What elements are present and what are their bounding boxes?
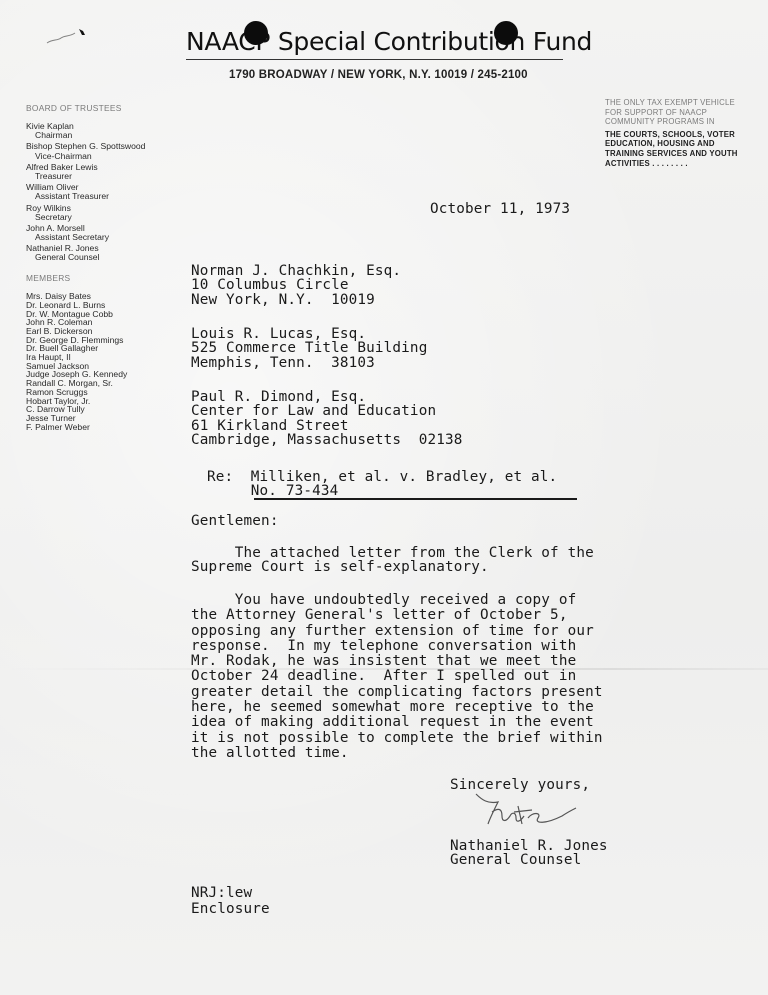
trustee-role: Treasurer [26,172,145,181]
trustee-role: Chairman [26,131,145,140]
punch-hole [244,21,268,45]
tax-exempt-tagline: THE ONLY TAX EXEMPT VEHICLEFOR SUPPORT O… [605,98,738,168]
recipient-address: Louis R. Lucas, Esq. 525 Commerce Title … [191,327,427,370]
trustee-role: Assistant Treasurer [26,192,145,201]
trustee-entry: Alfred Baker LewisTreasurer [26,163,145,181]
letterhead-address: 1790 BROADWAY / NEW YORK, N.Y. 10019 / 2… [229,69,528,81]
trustee-role: General Counsel [26,253,145,262]
ink-smudge [45,25,93,47]
tagline-programs: THE COURTS, SCHOOLS, VOTEREDUCATION, HOU… [605,130,738,168]
board-of-trustees: BOARD OF TRUSTEES Kivie KaplanChairmanBi… [26,104,145,265]
members-heading: MEMBERS [26,274,127,283]
salutation: Gentlemen: [191,514,279,528]
tagline-line: TRAINING SERVICES AND YOUTH [605,149,738,159]
member-name: F. Palmer Weber [26,423,127,432]
body-paragraph: The attached letter from the Clerk of th… [191,546,594,575]
tagline-line: FOR SUPPORT OF NAACP [605,108,738,118]
trustee-entry: Nathaniel R. JonesGeneral Counsel [26,244,145,262]
member-names: Mrs. Daisy BatesDr. Leonard L. BurnsDr. … [26,292,127,431]
recipient-address: Norman J. Chachkin, Esq. 10 Columbus Cir… [191,264,401,307]
re-underline [254,498,577,500]
tagline-line: THE ONLY TAX EXEMPT VEHICLE [605,98,738,108]
letter-date: October 11, 1973 [430,202,570,216]
trustees-heading: BOARD OF TRUSTEES [26,104,145,113]
members-list: MEMBERS Mrs. Daisy BatesDr. Leonard L. B… [26,274,127,431]
punch-hole [494,21,518,45]
letterhead-rule [186,59,563,60]
trustee-entry: Roy WilkinsSecretary [26,204,145,222]
tagline-line: EDUCATION, HOUSING AND [605,139,738,149]
body-paragraph: You have undoubtedly received a copy of … [191,593,603,761]
trustee-role: Secretary [26,213,145,222]
trustee-list: Kivie KaplanChairmanBishop Stephen G. Sp… [26,122,145,262]
tagline-intro: THE ONLY TAX EXEMPT VEHICLEFOR SUPPORT O… [605,98,738,127]
trustee-role: Vice-Chairman [26,152,145,161]
tagline-line: ACTIVITIES . . . . . . . . [605,159,738,169]
handwritten-signature [472,790,582,832]
trustee-role: Assistant Secretary [26,233,145,242]
tagline-line: COMMUNITY PROGRAMS IN [605,117,738,127]
trustee-entry: John A. MorsellAssistant Secretary [26,224,145,242]
reference-initials: NRJ:lew Enclosure [191,885,270,917]
trustee-entry: William OliverAssistant Treasurer [26,183,145,201]
recipient-address: Paul R. Dimond, Esq. Center for Law and … [191,390,462,447]
re-line: Re: Milliken, et al. v. Bradley, et al. … [207,470,557,499]
tagline-line: THE COURTS, SCHOOLS, VOTER [605,130,738,140]
trustee-entry: Bishop Stephen G. SpottswoodVice-Chairma… [26,142,145,160]
letter-page: NAACP Special Contribution Fund 1790 BRO… [0,0,768,995]
trustee-entry: Kivie KaplanChairman [26,122,145,140]
signer-name-title: Nathaniel R. Jones General Counsel [450,839,608,868]
